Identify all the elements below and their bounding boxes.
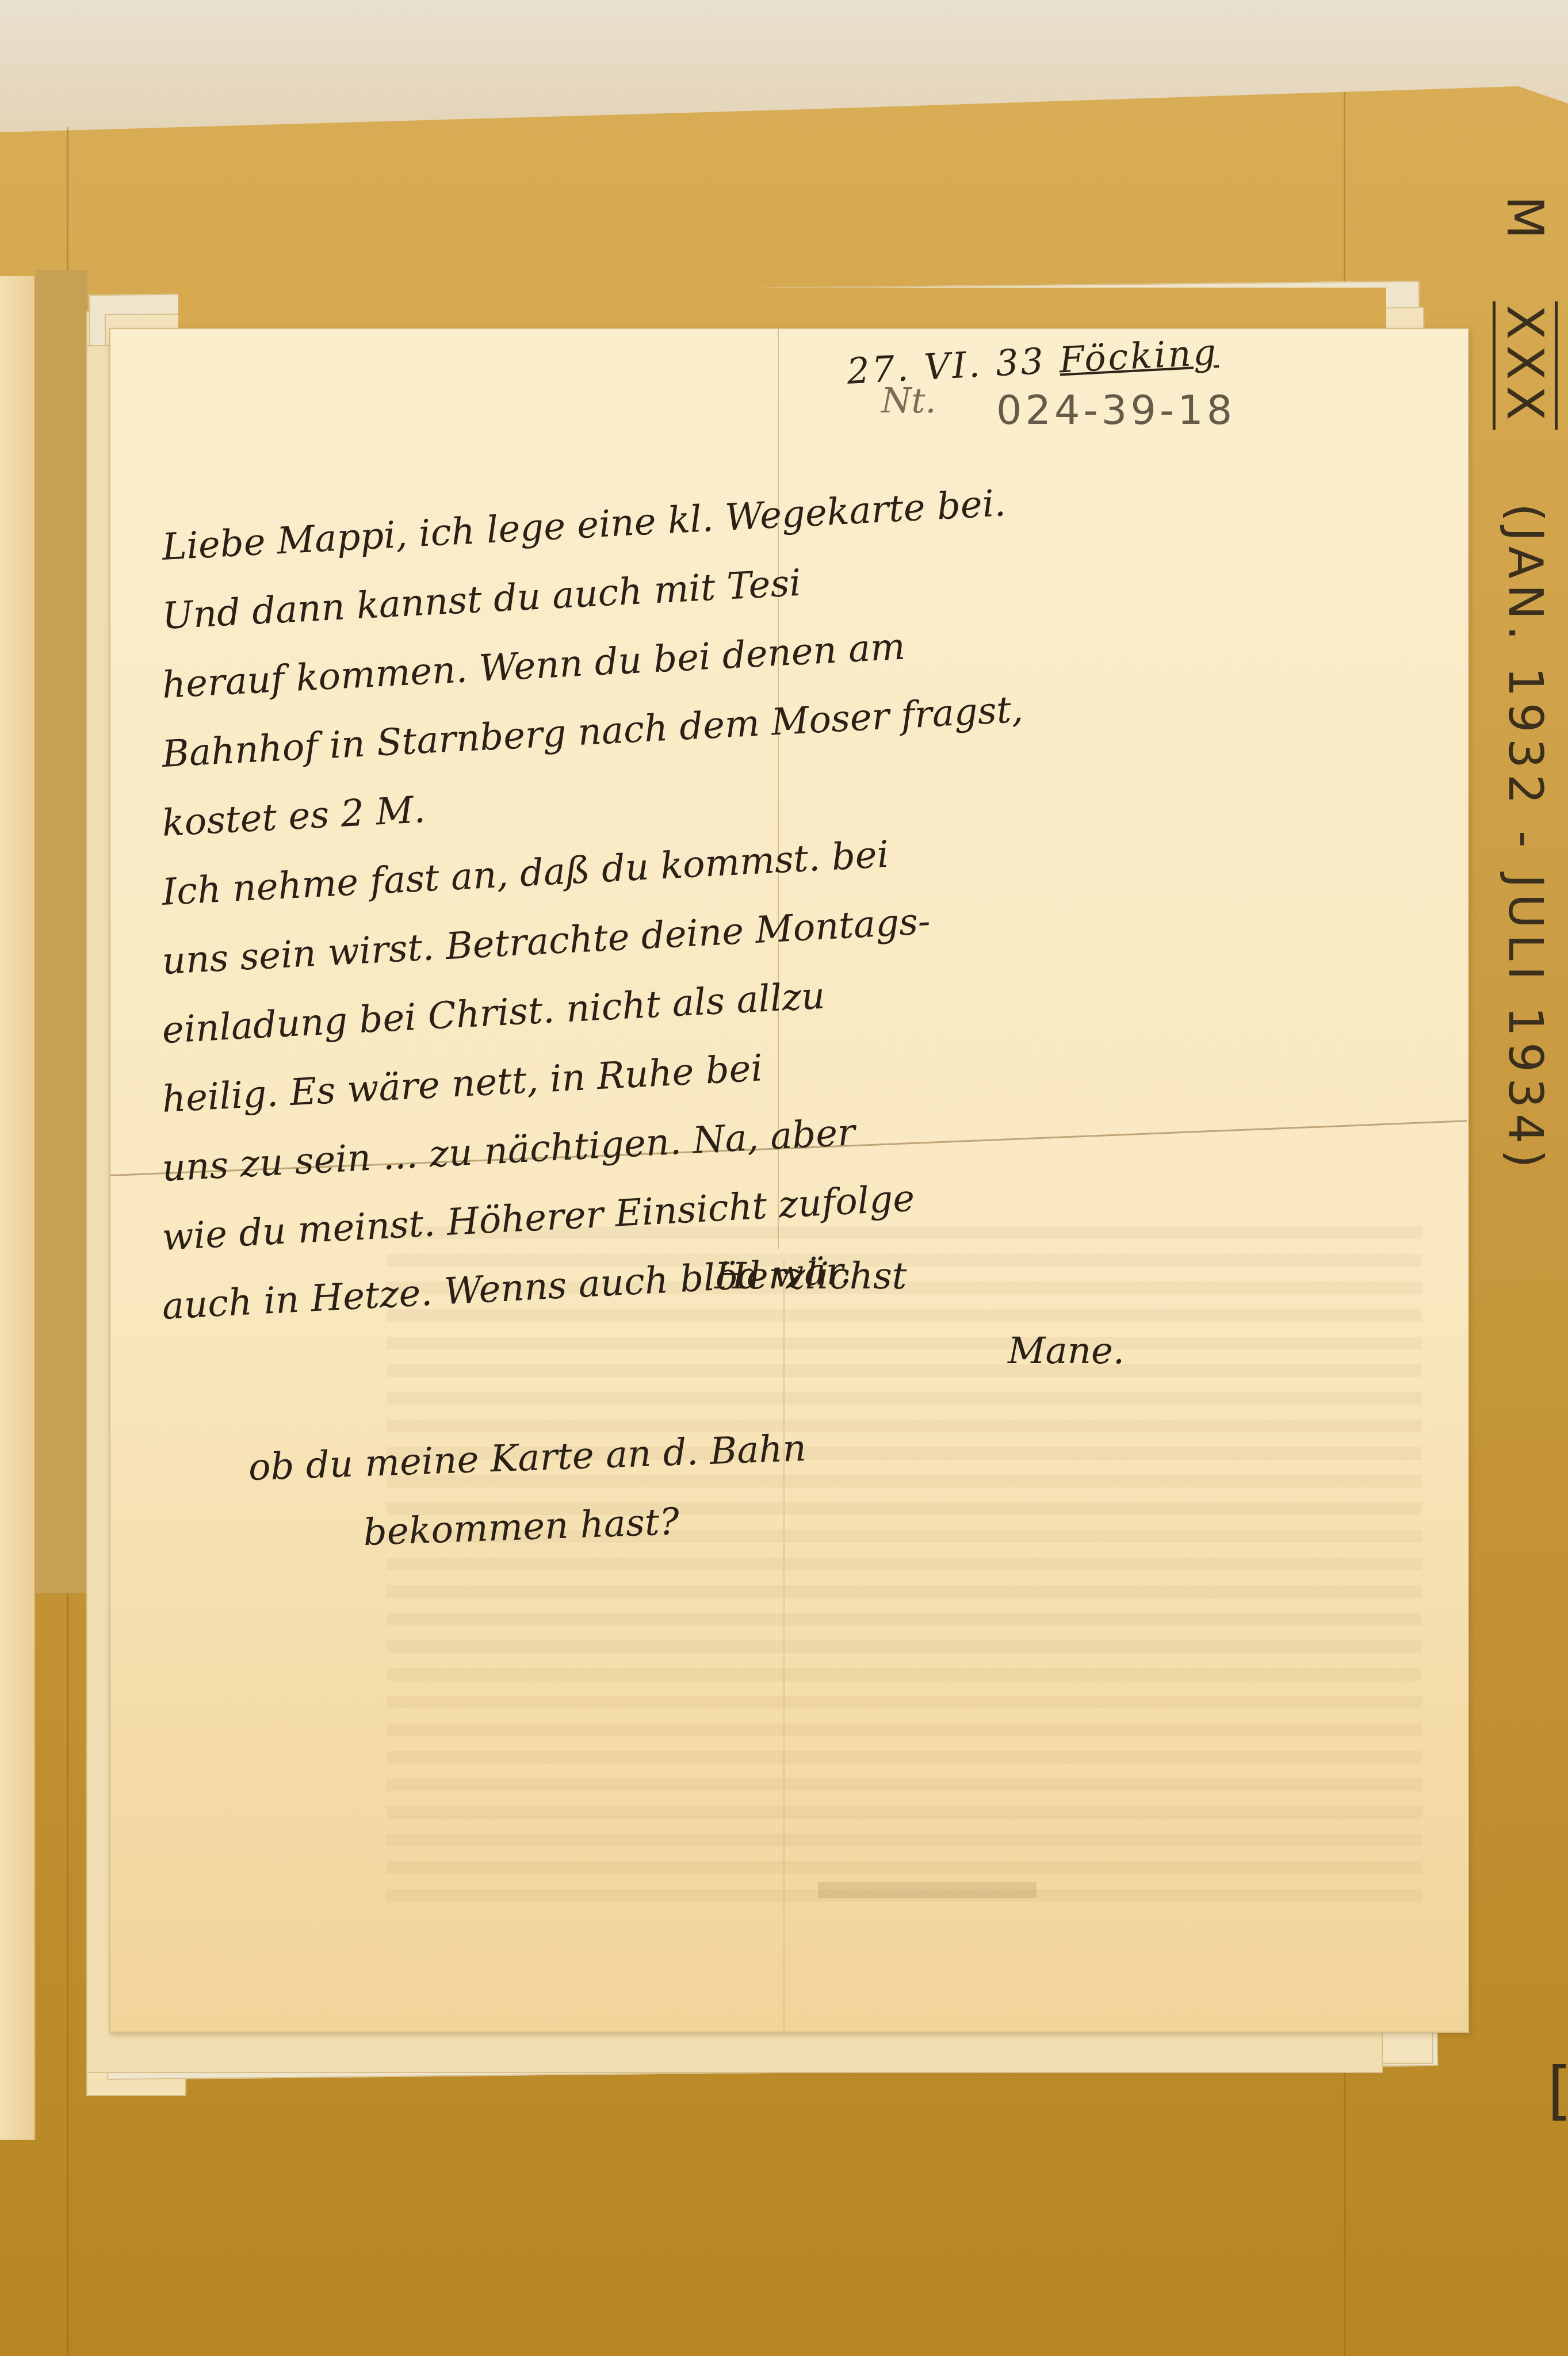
postscript: ob du meine Karte an d. Bahn bekommen ha… xyxy=(248,1433,806,1571)
adjacent-document-edge xyxy=(0,276,36,2140)
folder-flap xyxy=(36,270,87,1593)
letter-date: 27. VI. 33 xyxy=(846,340,1047,392)
signature: Mane. xyxy=(1008,1330,1125,1372)
folder-label: M XXX (JAN. 1932 - JULI 1934) xyxy=(1496,196,1555,1173)
letter-body: Liebe Mappi, ich lege eine kl. Wegekarte… xyxy=(162,513,1428,1341)
typed-signature-showthrough xyxy=(818,1882,1037,1898)
archive-prefix: Nt. xyxy=(881,381,936,421)
letter-dateline: 27. VI. 33 Föcking xyxy=(847,341,1218,383)
folder-label-letter: M xyxy=(1496,196,1555,245)
handwritten-letter: 27. VI. 33 Föcking Nt. 024-39-18 Liebe M… xyxy=(109,328,1469,2033)
corner-mark: [ xyxy=(1547,2053,1568,2127)
letter-place: Föcking xyxy=(1058,331,1219,381)
archive-id: 024-39-18 xyxy=(996,387,1236,434)
folder-label-series: XXX xyxy=(1493,301,1558,430)
closing-regards: Herzlichst xyxy=(714,1255,907,1298)
folder-label-range: (JAN. 1932 - JULI 1934) xyxy=(1498,503,1552,1174)
